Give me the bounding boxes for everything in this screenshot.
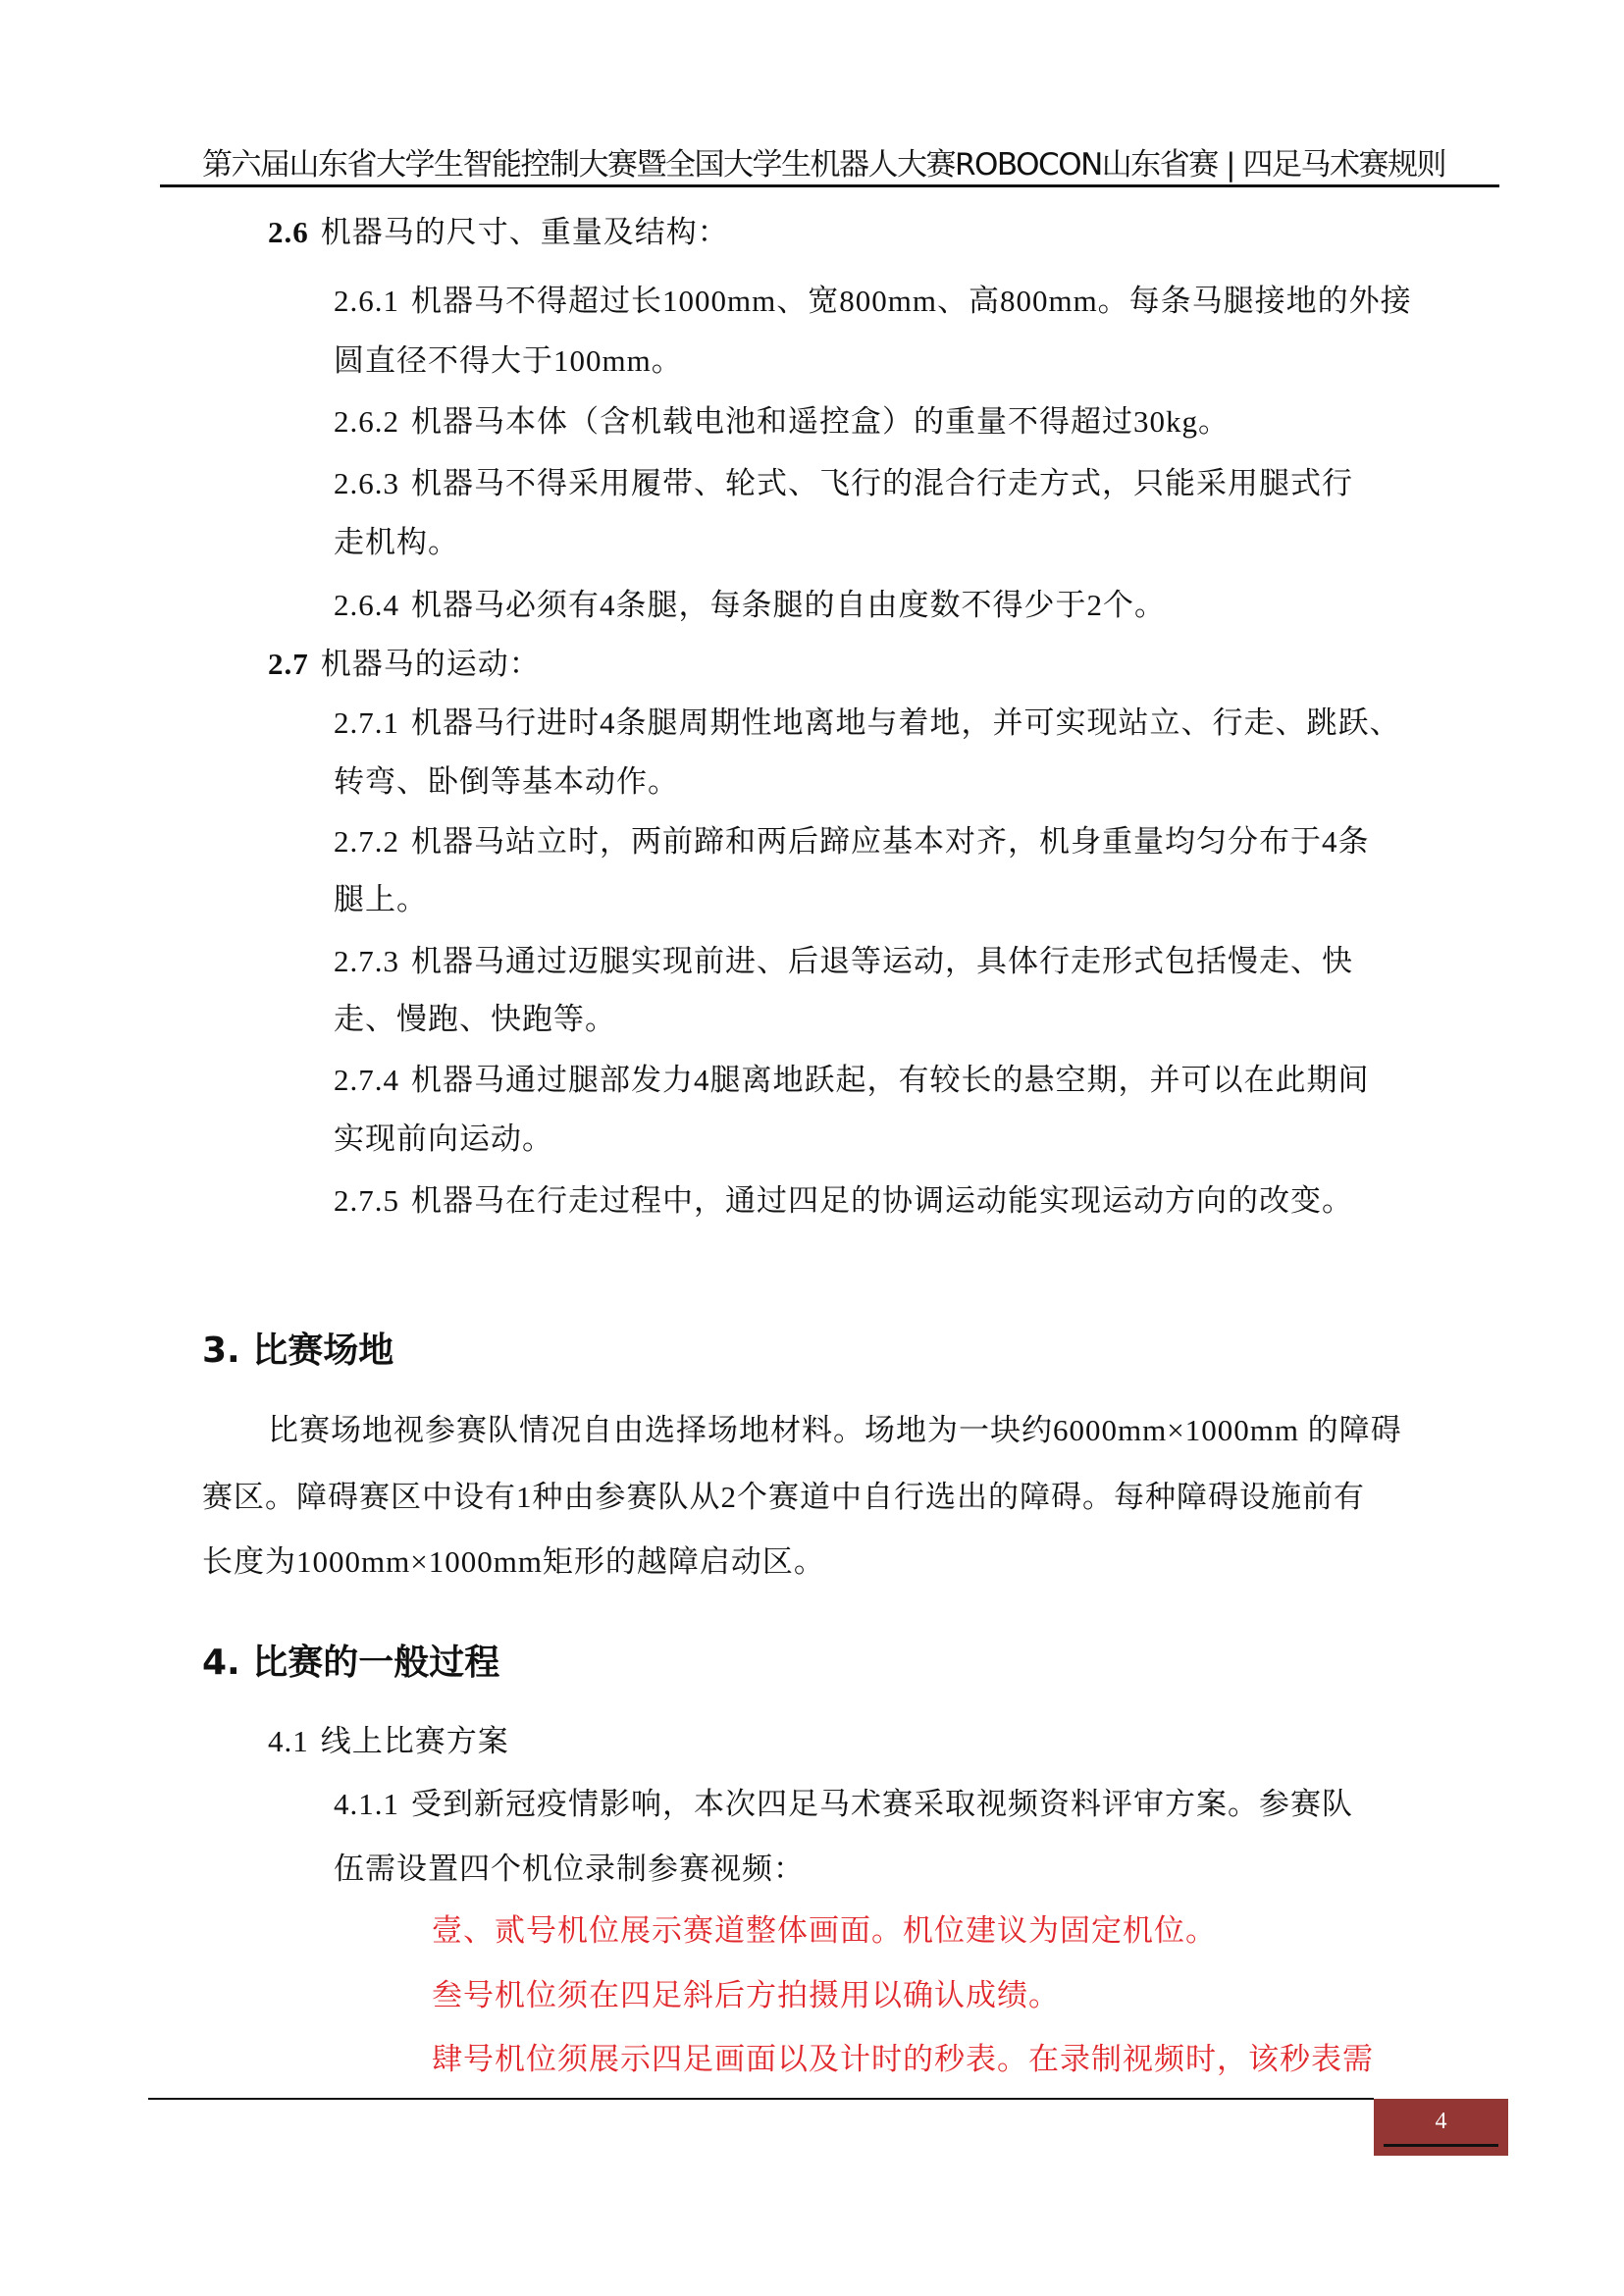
item-text: 机器马行进时4条腿周期性地离地与着地，并可实现站立、行走、跳跃、 (411, 705, 1401, 740)
item-2-7-3-cont: 走、慢跑、快跑等。 (334, 1000, 616, 1039)
section-2-7-heading: 2.7机器马的运动： (268, 645, 541, 684)
item-text: 机器马必须有4条腿，每条腿的自由度数不得少于2个。 (411, 588, 1166, 622)
item-text: 机器马通过腿部发力4腿离地跃起，有较长的悬空期，并可以在此期间 (411, 1063, 1370, 1097)
camera-position-3: 叁号机位须在四足斜后方拍摄用以确认成绩。 (432, 1976, 1060, 2015)
section-number: 2.7 (268, 647, 309, 681)
item-number: 2.6.3 (334, 466, 399, 500)
item-2-6-1-cont: 圆直径不得大于100mm。 (334, 341, 683, 381)
item-number: 2.7.3 (334, 944, 399, 978)
item-4-1-1-cont: 伍需设置四个机位录制参赛视频： (334, 1850, 805, 1889)
page-number: 4 (1374, 2109, 1508, 2135)
section-number: 2.6 (268, 215, 309, 249)
item-number: 2.6.1 (334, 284, 399, 318)
section-2-6-heading: 2.6机器马的尺寸、重量及结构： (268, 213, 729, 252)
item-number: 2.7.4 (334, 1063, 399, 1097)
item-text: 受到新冠疫情影响，本次四足马术赛采取视频资料评审方案。参赛队 (411, 1787, 1353, 1821)
section-3-para-line-3: 长度为1000mm×1000mm矩形的越障启动区。 (202, 1542, 825, 1582)
section-title: 机器马的运动： (321, 647, 541, 681)
header-rule (160, 184, 1499, 187)
item-2-7-4-cont: 实现前向运动。 (334, 1120, 553, 1159)
section-3-para-line-2: 赛区。障碍赛区中设有1种由参赛队从2个赛道中自行选出的障碍。每种障碍设施前有 (202, 1478, 1365, 1517)
item-2-7-3: 2.7.3机器马通过迈腿实现前进、后退等运动，具体行走形式包括慢走、快 (334, 942, 1353, 981)
camera-position-1-2: 壹、贰号机位展示赛道整体画面。机位建议为固定机位。 (432, 1911, 1217, 1951)
section-3-para-line-1: 比赛场地视参赛队情况自由选择场地材料。场地为一块约6000mm×1000mm 的… (268, 1411, 1402, 1450)
item-number: 4.1 (268, 1724, 309, 1758)
item-number: 2.6.2 (334, 404, 399, 439)
item-text: 线上比赛方案 (321, 1724, 509, 1758)
item-text: 机器马本体（含机载电池和遥控盒）的重量不得超过30kg。 (411, 404, 1230, 439)
section-title: 机器马的尺寸、重量及结构： (321, 215, 729, 249)
camera-position-4: 肆号机位须展示四足画面以及计时的秒表。在录制视频时，该秒表需 (432, 2040, 1374, 2079)
item-text: 机器马不得采用履带、轮式、飞行的混合行走方式，只能采用腿式行 (411, 466, 1353, 500)
item-2-6-4: 2.6.4机器马必须有4条腿，每条腿的自由度数不得少于2个。 (334, 586, 1166, 625)
item-2-7-1-cont: 转弯、卧倒等基本动作。 (334, 762, 679, 802)
running-header: 第六届山东省大学生智能控制大赛暨全国大学生机器人大赛ROBOCON山东省赛 | … (202, 145, 1429, 184)
item-2-7-1: 2.7.1机器马行进时4条腿周期性地离地与着地，并可实现站立、行走、跳跃、 (334, 704, 1401, 743)
page-number-badge: 4 (1374, 2099, 1508, 2156)
section-3-heading: 3. 比赛场地 (202, 1330, 393, 1373)
item-text: 机器马在行走过程中，通过四足的协调运动能实现运动方向的改变。 (411, 1183, 1353, 1218)
item-2-6-1: 2.6.1机器马不得超过长1000mm、宽800mm、高800mm。每条马腿接地… (334, 282, 1412, 321)
item-2-7-2-cont: 腿上。 (334, 880, 428, 919)
item-2-7-2: 2.7.2机器马站立时，两前蹄和两后蹄应基本对齐，机身重量均匀分布于4条 (334, 822, 1370, 861)
item-number: 2.7.5 (334, 1183, 399, 1218)
item-2-6-2: 2.6.2机器马本体（含机载电池和遥控盒）的重量不得超过30kg。 (334, 402, 1230, 442)
item-text: 机器马通过迈腿实现前进、后退等运动，具体行走形式包括慢走、快 (411, 944, 1353, 978)
item-text: 机器马站立时，两前蹄和两后蹄应基本对齐，机身重量均匀分布于4条 (411, 824, 1370, 859)
item-4-1-1: 4.1.1受到新冠疫情影响，本次四足马术赛采取视频资料评审方案。参赛队 (334, 1785, 1353, 1824)
document-page: 第六届山东省大学生智能控制大赛暨全国大学生机器人大赛ROBOCON山东省赛 | … (0, 0, 1624, 2296)
section-4-heading: 4. 比赛的一般过程 (202, 1642, 499, 1685)
item-2-6-3-cont: 走机构。 (334, 523, 459, 562)
item-number: 2.7.2 (334, 824, 399, 859)
item-number: 2.7.1 (334, 705, 399, 740)
item-2-7-5: 2.7.5机器马在行走过程中，通过四足的协调运动能实现运动方向的改变。 (334, 1181, 1353, 1221)
item-text: 机器马不得超过长1000mm、宽800mm、高800mm。每条马腿接地的外接 (411, 284, 1412, 318)
footer-rule (148, 2098, 1374, 2100)
page-number-underline (1384, 2144, 1498, 2147)
subsection-4-1: 4.1线上比赛方案 (268, 1722, 509, 1761)
item-2-7-4: 2.7.4机器马通过腿部发力4腿离地跃起，有较长的悬空期，并可以在此期间 (334, 1061, 1370, 1100)
item-number: 2.6.4 (334, 588, 399, 622)
item-2-6-3: 2.6.3机器马不得采用履带、轮式、飞行的混合行走方式，只能采用腿式行 (334, 464, 1353, 503)
item-number: 4.1.1 (334, 1787, 399, 1821)
